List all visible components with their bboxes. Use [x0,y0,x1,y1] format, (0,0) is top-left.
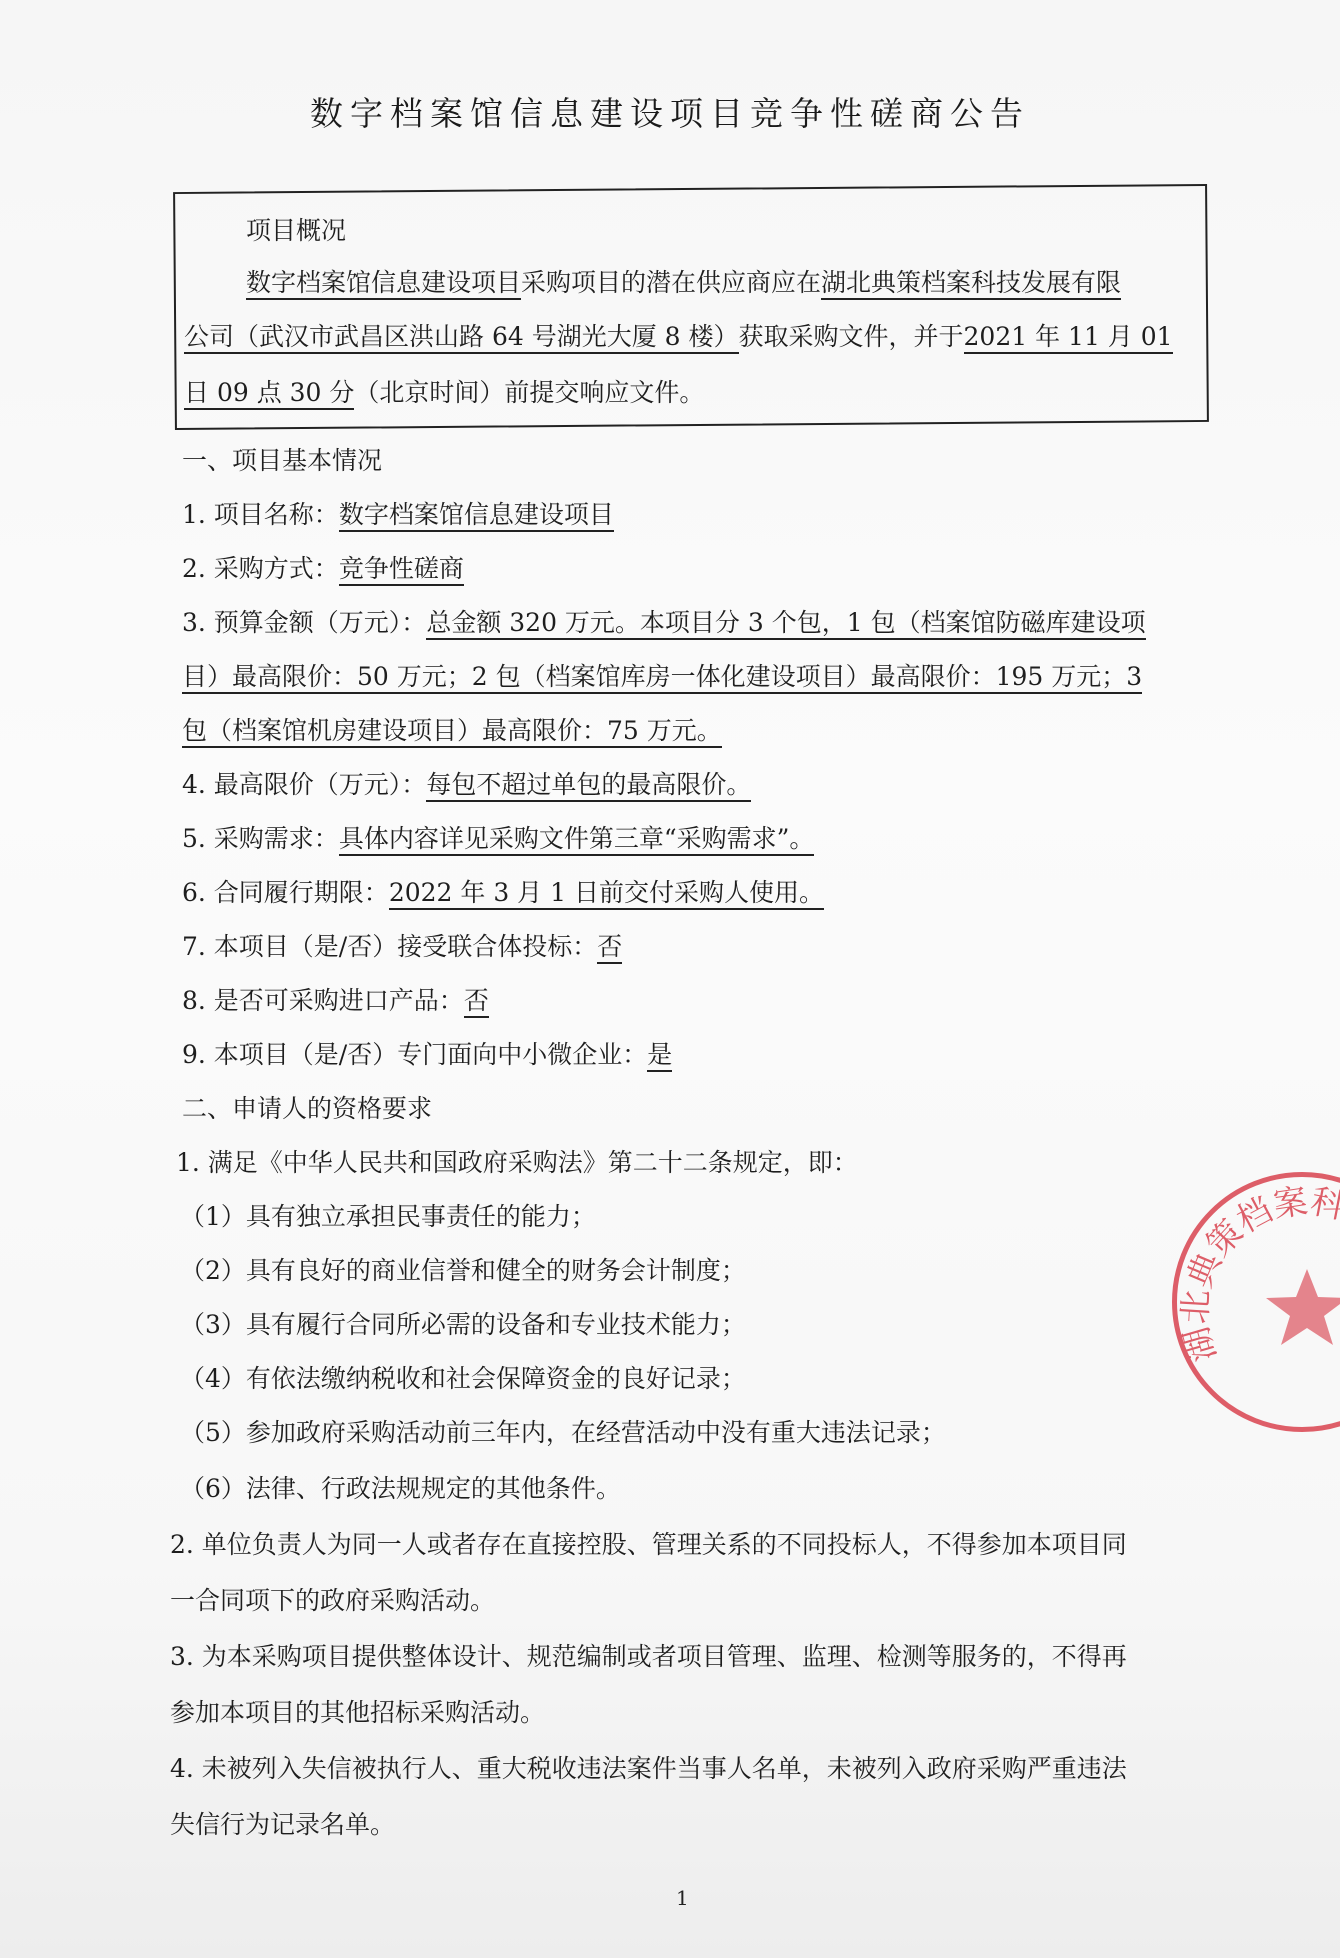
deadline-date-underlined: 2021 年 11 月 01 [964,322,1173,354]
svg-text:湖北典策档案科技发展: 湖北典策档案科技发展 [1177,1181,1340,1366]
requirement-4: 4. 未被列入失信被执行人、重大税收违法案件当事人名单，未被列入政府采购严重违法 [170,1754,1127,1784]
requirement-1-sub-2: （2）具有良好的商业信誉和健全的财务会计制度； [180,1256,746,1286]
requirement-4-cont: 失信行为记录名单。 [170,1810,395,1840]
document-page: 数字档案馆信息建设项目竞争性磋商公告 项目概况 数字档案馆信息建设项目采购项目的… [0,0,1340,1958]
requirement-3-cont: 参加本项目的其他招标采购活动。 [170,1698,545,1728]
requirement-1: 1. 满足《中华人民共和国政府采购法》第二十二条规定，即： [176,1148,858,1178]
overview-line-3: 日 09 点 30 分（北京时间）前提交响应文件。 [184,378,704,408]
basic-info-item-3: 3. 预算金额（万元）：总金额 320 万元。本项目分 3 个包，1 包（档案馆… [182,608,1146,638]
basic-info-item-1: 1. 项目名称：数字档案馆信息建设项目 [182,500,614,530]
basic-info-item-3-cont-2: 包（档案馆机房建设项目）最高限价：75 万元。 [182,716,722,746]
seal-text: 湖北典策档案科技发展 [1177,1181,1340,1366]
requirement-1-sub-4: （4）有依法缴纳税收和社会保障资金的良好记录； [180,1364,746,1394]
section1-heading: 一、项目基本情况 [182,446,382,476]
basic-info-item-2: 2. 采购方式：竞争性磋商 [182,554,464,584]
company-name-underlined: 湖北典策档案科技发展有限 [821,268,1121,300]
basic-info-item-8: 8. 是否可采购进口产品：否 [182,986,489,1016]
requirement-2-cont: 一合同项下的政府采购活动。 [170,1586,495,1616]
basic-info-item-4: 4. 最高限价（万元）：每包不超过单包的最高限价。 [182,770,751,800]
deadline-time-underlined: 日 09 点 30 分 [184,378,354,410]
company-address-underlined: 公司（武汉市武昌区洪山路 64 号湖光大厦 8 楼） [184,322,739,354]
basic-info-item-6: 6. 合同履行期限：2022 年 3 月 1 日前交付采购人使用。 [182,878,824,908]
basic-info-item-7: 7. 本项目（是/否）接受联合体投标：否 [182,932,622,962]
overview-heading: 项目概况 [246,216,346,246]
requirement-1-sub-6: （6）法律、行政法规规定的其他条件。 [180,1474,621,1504]
basic-info-item-9: 9. 本项目（是/否）专门面向中小微企业：是 [182,1040,672,1070]
requirement-3: 3. 为本采购项目提供整体设计、规范编制或者项目管理、监理、检测等服务的，不得再 [170,1642,1127,1672]
basic-info-item-3-cont-1: 目）最高限价：50 万元；2 包（档案馆库房一体化建设项目）最高限价：195 万… [182,662,1142,692]
seal-star-icon: 湖北典策档案科技发展 [1177,1177,1340,1437]
project-name-underlined: 数字档案馆信息建设项目 [246,268,521,300]
overview-line-2: 公司（武汉市武昌区洪山路 64 号湖光大厦 8 楼）获取采购文件，并于2021 … [184,322,1173,352]
requirement-1-sub-3: （3）具有履行合同所必需的设备和专业技术能力； [180,1310,746,1340]
requirement-1-sub-1: （1）具有独立承担民事责任的能力； [180,1202,596,1232]
requirement-1-sub-5: （5）参加政府采购活动前三年内，在经营活动中没有重大违法记录； [180,1418,946,1448]
requirement-2: 2. 单位负责人为同一人或者存在直接控股、管理关系的不同投标人，不得参加本项目同 [170,1530,1127,1560]
overview-line-1: 数字档案馆信息建设项目采购项目的潜在供应商应在湖北典策档案科技发展有限 [246,268,1121,298]
basic-info-item-5: 5. 采购需求：具体内容详见采购文件第三章“采购需求”。 [182,824,814,854]
page-number: 1 [676,1886,689,1910]
company-seal-stamp: 湖北典策档案科技发展 [1172,1172,1340,1432]
document-title: 数字档案馆信息建设项目竞争性磋商公告 [0,88,1340,135]
section2-heading: 二、申请人的资格要求 [182,1094,432,1124]
